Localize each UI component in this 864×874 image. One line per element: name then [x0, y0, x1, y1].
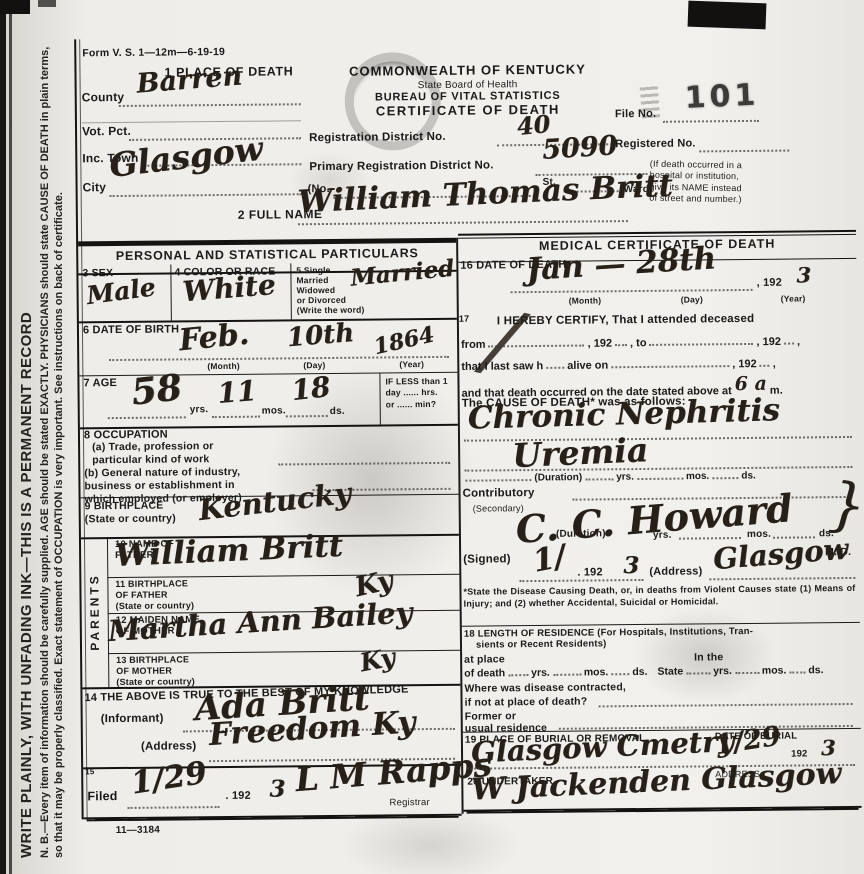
from-192: , 192 — [588, 338, 613, 350]
cause-duration-blank-3 — [712, 469, 738, 479]
burial-place-value: Glasgow Cmetry — [470, 727, 734, 768]
sex-value: Male — [85, 274, 157, 308]
vot-pct-label: Vot. Pct. — [82, 125, 131, 139]
filed-number: 15 — [85, 767, 94, 776]
dod-value: Jan — 28th — [525, 243, 716, 286]
county-line — [119, 103, 301, 107]
certify-label: I HEREBY CERTIFY, That I attended deceas… — [497, 313, 755, 329]
county-line-2 — [82, 120, 301, 123]
county-label: County — [82, 91, 125, 105]
dod-month-caption: (Month) — [569, 296, 602, 306]
cause-of-death-block: The CAUSE OF DEATH* was as follows: Chro… — [460, 392, 859, 486]
res-blank-4 — [686, 664, 710, 674]
filed-year-value: 3 — [269, 777, 285, 800]
dod-year-caption: (Year) — [781, 294, 806, 304]
age-line-2 — [212, 416, 260, 418]
file-no-line — [663, 120, 759, 123]
race-cell: 4 COLOR OR RACE White — [170, 263, 292, 320]
alive-192: , 192 — [732, 358, 757, 370]
death-certificate-scan: { "artifacts": { "stamp_number": "101", … — [0, 0, 864, 874]
row-sex-race-marital: 3 SEX Male 4 COLOR OR RACE White 5 Singl… — [78, 262, 457, 324]
dob-year-caption: (Year) — [399, 360, 424, 370]
father-bp-label: 11 BIRTHPLACE OF FATHER (State or countr… — [115, 578, 194, 611]
marital-cell: 5 Single Married Widowed or Divorced (Wr… — [290, 262, 457, 320]
to-label: , to — [630, 337, 647, 349]
mother-bp-value: Ky — [358, 644, 397, 675]
file-number-stamp: 101 — [684, 78, 760, 116]
age-line-1 — [108, 416, 186, 419]
last-saw-label: that I last saw h — [461, 360, 543, 373]
medical-section: MEDICAL CERTIFICATE OF DEATH 16 DATE OF … — [458, 230, 862, 810]
row-filed: 15 Filed 1/29 . 192 3 L M Rapps Registra… — [83, 764, 461, 820]
sig-address-value: Glasgow — [712, 535, 849, 575]
former-label: Former or — [465, 710, 517, 723]
sig-date-value: 1/ — [530, 541, 568, 578]
cause-duration-blank-2 — [637, 470, 683, 480]
age-days-value: 18 — [290, 373, 332, 405]
file-no-label: File No. — [615, 108, 656, 121]
row-mother-birthplace: 13 BIRTHPLACE OF MOTHER (State or countr… — [108, 650, 460, 687]
birthplace-label: 9 BIRTHPLACE (State or country) — [85, 499, 176, 526]
burial-year-value: 3 — [821, 737, 836, 758]
state-label: State — [657, 665, 683, 677]
county-value: Barren — [136, 62, 243, 97]
res-yrs-1: yrs. — [531, 667, 550, 679]
sig-year-value: 3 — [623, 554, 639, 577]
signed-label: (Signed) — [463, 553, 511, 567]
undertaker-block: 20 UNDERTAKER ADDRESS W Jackenden Glasgo… — [463, 768, 861, 812]
filed-label: Filed — [87, 789, 117, 804]
form-number: Form V. S. 1—12m—6-19-19 — [82, 46, 225, 59]
dob-day: 10th — [286, 320, 355, 351]
dob-month-caption: (Month) — [207, 362, 240, 372]
informant-address-label: (Address) — [141, 740, 197, 754]
registered-no-label: Registered No. — [615, 137, 696, 150]
certify-last-saw-line: that I last saw halive on, 192, — [461, 357, 776, 373]
full-name-line — [298, 220, 628, 225]
dob-year: 1864 — [372, 324, 437, 359]
from-label: from — [461, 339, 486, 351]
dod-192-label: , 192 — [756, 277, 782, 290]
cause-ds: ds. — [741, 470, 756, 481]
occupation-a-line — [278, 462, 450, 466]
race-value: White — [181, 271, 276, 306]
cause-yrs: yrs. — [616, 472, 634, 483]
dob-month: Feb. — [178, 320, 251, 357]
contracted-label: Where was disease contracted, — [464, 681, 626, 695]
parents-label: PARENTS — [87, 573, 102, 651]
residence-block: 18 LENGTH OF RESIDENCE (For Hospitals, I… — [462, 622, 861, 733]
footer-form-code: 11—3184 — [116, 825, 160, 837]
alive-year-blank — [760, 357, 770, 367]
reg-district-label: Registration District No. — [309, 131, 446, 146]
to-192: , 192 — [756, 336, 781, 348]
filed-date-value: 1/29 — [129, 758, 209, 800]
cause-duration-label: (Duration) — [534, 472, 582, 483]
city-line — [110, 193, 302, 197]
at-place-label: at place — [464, 653, 505, 665]
dob-label: 6 DATE OF BIRTH — [83, 323, 179, 337]
registrar-label: Registrar — [389, 798, 429, 809]
cause-mos: mos. — [686, 471, 709, 482]
res-blank-6 — [789, 663, 805, 673]
signature-block: (Duration) yrs. mos. ds. C. C. Howard M.… — [461, 520, 860, 584]
from-year-blank — [615, 336, 627, 346]
primary-reg-value: 5090 — [541, 132, 618, 164]
parents-vertical-cell: PARENTS — [81, 537, 109, 687]
res-blank-5 — [735, 664, 759, 674]
personal-section: PERSONAL AND STATISTICAL PARTICULARS 3 S… — [78, 238, 464, 818]
if-less-cell: IF LESS than 1 day ...... hrs. or ......… — [379, 372, 457, 425]
of-death-label: of death — [464, 667, 505, 679]
certify-number: 17 — [459, 314, 470, 324]
sig-192-label: . 192 — [577, 566, 603, 579]
if-not-label: if not at place of death? — [464, 696, 587, 709]
certify-from-line: from, 192, to, 192, — [461, 334, 800, 351]
res-yrs-2: yrs. — [713, 665, 732, 677]
filed-192-label: . 192 — [225, 790, 251, 803]
res-blank-3 — [611, 665, 629, 675]
if-less-label: IF LESS than 1 day ...... hrs. or ......… — [385, 376, 448, 411]
age-mos-label: mos. — [262, 405, 286, 417]
if-not-line — [599, 703, 853, 707]
age-months-value: 11 — [216, 377, 257, 408]
registered-no-line — [699, 150, 789, 153]
contributory-label: Contributory — [462, 487, 534, 501]
mother-bp-label: 13 BIRTHPLACE OF MOTHER (State or countr… — [116, 654, 195, 687]
parents-block: PARENTS 10 NAME OF FATHER William Britt … — [81, 534, 460, 690]
row-mother-name: 12 MAIDEN NAME OF MOTHER Martha Ann Bail… — [108, 610, 460, 654]
cause-value-2: Uremia — [511, 433, 648, 472]
to-blank — [649, 335, 753, 346]
age-years-value: 58 — [130, 369, 184, 410]
marital-value: Married — [349, 257, 455, 290]
age-yrs-label: yrs. — [190, 404, 209, 416]
residence-duration-line: of deathyrs.mos.ds.Stateyrs.mos.ds. — [464, 663, 823, 679]
res-mos-2: mos. — [762, 664, 787, 676]
cause-value-1: Chronic Nephritis — [467, 395, 780, 434]
primary-reg-label: Primary Registration District No. — [309, 159, 493, 174]
sig-address-label: (Address) — [649, 565, 702, 578]
res-ds-2: ds. — [808, 664, 823, 676]
certificate-form: Form V. S. 1—12m—6-19-19 1 PLACE OF DEAT… — [0, 0, 864, 874]
comma-1: , — [797, 336, 800, 348]
certify-block: 17 I HEREBY CERTIFY, That I attended dec… — [459, 308, 858, 396]
cause-duration-blank-0 — [465, 471, 531, 481]
dod-year-value: 3 — [796, 264, 811, 285]
row-age: 7 AGE 58 yrs. 11 mos. 18 ds. IF LESS tha… — [79, 372, 458, 430]
alive-on-blank — [611, 357, 729, 368]
dob-line — [109, 356, 449, 361]
last-saw-blank — [546, 359, 564, 369]
age-label: 7 AGE — [83, 377, 117, 390]
age-line-3 — [286, 415, 328, 417]
cause-duration-blank-1 — [585, 470, 613, 480]
res-blank-2 — [553, 666, 581, 676]
father-name-value: William Britt — [114, 531, 343, 572]
full-name-value: William Thomas Britt — [297, 171, 673, 219]
burial-date-value: 1/29 — [713, 723, 783, 760]
sex-cell: 3 SEX Male — [78, 264, 172, 321]
dod-day-caption: (Day) — [681, 295, 703, 305]
alive-on-label: alive on — [567, 360, 608, 372]
to-year-blank — [784, 335, 794, 345]
informant-label: (Informant) — [101, 713, 164, 727]
age-ds-label: ds. — [330, 406, 345, 418]
row-father-name: 10 NAME OF FATHER William Britt — [107, 534, 459, 578]
res-ds-1: ds. — [632, 666, 647, 678]
dob-day-caption: (Day) — [303, 361, 325, 371]
cause-footnote: *State the Disease Causing Death, or, in… — [463, 582, 855, 610]
residence-label-2: sients or Recent Residents) — [476, 639, 607, 651]
footnote-block: *State the Disease Causing Death, or, in… — [461, 580, 859, 626]
comma-2: , — [773, 358, 776, 370]
res-blank-1 — [508, 666, 528, 676]
cause-duration-line: (Duration)yrs.mos.ds. — [462, 469, 755, 484]
from-blank — [489, 337, 585, 348]
row-date-of-birth: 6 DATE OF BIRTH Feb. 10th 1864 (Month) (… — [79, 318, 458, 377]
city-label: City — [83, 181, 107, 195]
in-the-label: In the — [694, 651, 723, 663]
res-mos-1: mos. — [584, 666, 609, 678]
dod-line — [511, 289, 753, 293]
filed-line — [128, 806, 220, 809]
occupation-a-label: (a) Trade, profession or particular kind… — [92, 440, 214, 467]
